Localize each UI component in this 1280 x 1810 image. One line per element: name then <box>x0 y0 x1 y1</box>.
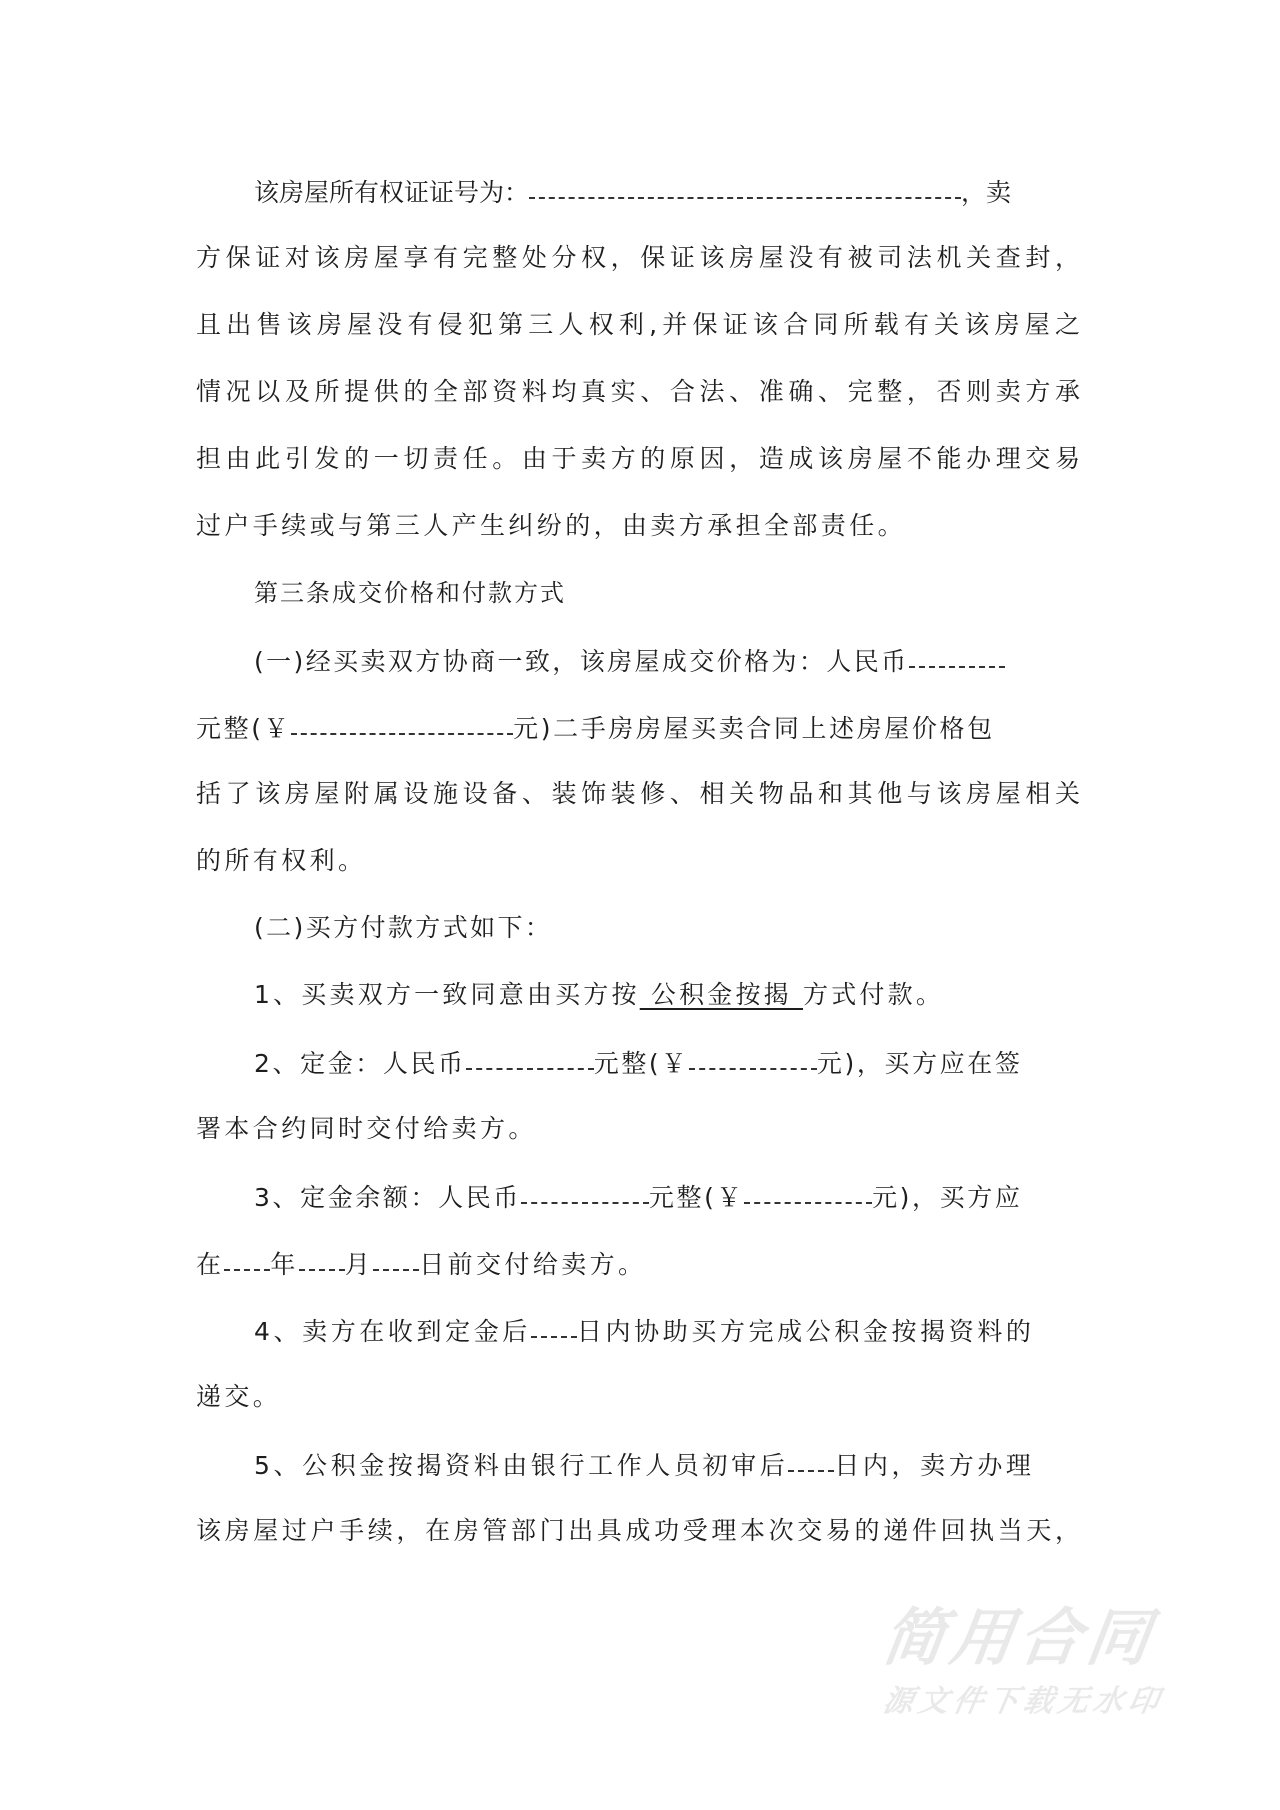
line-text: 3、定金余额：人民币 <box>254 1183 521 1212</box>
fill-in-blank-certificate-number: ____________________________ <box>529 173 961 201</box>
subsection-heading: (二)买方付款方式如下： <box>254 910 1080 946</box>
text-line: 元整(￥________________元)二手房房屋买卖合同上述房屋价格包 <box>196 709 1080 745</box>
watermark-subtitle: 源文件下载无水印 <box>880 1676 1168 1720</box>
line-text: 日前交付给卖方。 <box>419 1250 646 1279</box>
text-line: 4、卖方在收到定金后___日内协助买方完成公积金按揭资料的 <box>254 1312 1080 1348</box>
text-line: 递交。 <box>196 1379 1080 1415</box>
text-line: 3、定金余额：人民币_________元整(￥_________元)，买方应 <box>254 1178 1080 1214</box>
text-line: 在___年___月___日前交付给卖方。 <box>196 1245 1080 1281</box>
text-line: 2、定金：人民币_________元整(￥_________元)，买方应在签 <box>254 1044 1080 1080</box>
fill-in-blank-day: ___ <box>373 1245 419 1273</box>
text-line: 1、买卖双方一致同意由买方按 公积金按揭 方式付款。 <box>254 977 1080 1013</box>
text-line: (一)经买卖双方协商一致，该房屋成交价格为：人民币_______ <box>254 642 1080 678</box>
line-text: 元整(￥ <box>649 1183 744 1212</box>
fill-in-blank-month: ___ <box>299 1245 345 1273</box>
line-text: 元整(￥ <box>196 714 291 743</box>
fill-in-blank-balance-chinese: _________ <box>521 1178 649 1206</box>
line-text: 年 <box>270 1250 298 1279</box>
fill-in-blank-days: ___ <box>531 1312 577 1340</box>
fill-in-blank-balance-number: _________ <box>744 1178 872 1206</box>
document-page: 该房屋所有权证证号为：____________________________，… <box>0 0 1280 1810</box>
line-text: 元整(￥ <box>594 1049 689 1078</box>
filled-payment-method: 公积金按揭 <box>640 980 803 1009</box>
text-line: 过户手续或与第三人产生纠纷的，由卖方承担全部责任。 <box>196 508 1080 544</box>
text-line: 署本合约同时交付给卖方。 <box>196 1111 1080 1147</box>
section-heading: 第三条成交价格和付款方式 <box>254 575 1080 611</box>
fill-in-blank-price-number: ________________ <box>291 709 513 737</box>
fill-in-blank-year: ___ <box>224 1245 270 1273</box>
text-line: 括了该房屋附属设施设备、装饰装修、相关物品和其他与该房屋相关 <box>196 776 1080 812</box>
line-text: 元)二手房房屋买卖合同上述房屋价格包 <box>513 714 995 743</box>
line-text: 1、买卖双方一致同意由买方按 <box>254 980 640 1009</box>
watermark-title: 简用合同 <box>878 1588 1163 1677</box>
line-text: 在 <box>196 1250 224 1279</box>
line-text: 日内协助买方完成公积金按揭资料的 <box>577 1317 1035 1346</box>
text-line: 该房屋所有权证证号为：____________________________，… <box>254 173 1080 209</box>
fill-in-blank-review-days: ___ <box>788 1446 834 1474</box>
text-line: 情况以及所提供的全部资料均真实、合法、准确、完整，否则卖方承 <box>196 374 1080 410</box>
text-line: 5、公积金按揭资料由银行工作人员初审后___日内，卖方办理 <box>254 1446 1080 1482</box>
line-text: (一)经买卖双方协商一致，该房屋成交价格为：人民币 <box>254 647 909 676</box>
fill-in-blank-price-chinese: _______ <box>909 642 1005 670</box>
fill-in-blank-deposit-number: _________ <box>689 1044 817 1072</box>
text-line: 方保证对该房屋享有完整处分权，保证该房屋没有被司法机关查封， <box>196 240 1080 276</box>
text-line: 担由此引发的一切责任。由于卖方的原因，造成该房屋不能办理交易 <box>196 441 1080 477</box>
text-line: 的所有权利。 <box>196 843 1080 879</box>
line-text: 5、公积金按揭资料由银行工作人员初审后 <box>254 1451 788 1480</box>
line-text: 该房屋所有权证证号为： <box>254 178 529 207</box>
line-text: 元)，买方应 <box>872 1183 1022 1212</box>
line-text: 元)，买方应在签 <box>817 1049 1023 1078</box>
text-line: 该房屋过户手续，在房管部门出具成功受理本次交易的递件回执当天， <box>196 1513 1080 1549</box>
line-text: ，卖 <box>961 178 1011 207</box>
line-text: 月 <box>345 1250 373 1279</box>
fill-in-blank-deposit-chinese: _________ <box>466 1044 594 1072</box>
line-text: 2、定金：人民币 <box>254 1049 466 1078</box>
text-line: 且出售该房屋没有侵犯第三人权利,并保证该合同所载有关该房屋之 <box>196 307 1080 343</box>
line-text: 4、卖方在收到定金后 <box>254 1317 531 1346</box>
line-text: 方式付款。 <box>803 980 944 1009</box>
line-text: 日内，卖方办理 <box>834 1451 1034 1480</box>
